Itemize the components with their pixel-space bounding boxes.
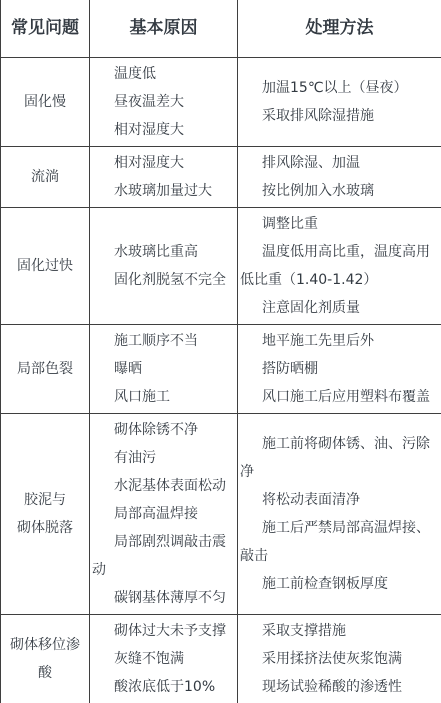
treatments-cell: 排风除湿、加温 按比例加入水玻璃 — [238, 146, 441, 207]
causes-cell: 施工顺序不当 曝晒 风口施工 — [90, 324, 238, 413]
table-row: 局部色裂 施工顺序不当 曝晒 风口施工 地平施工先里后外 搭防晒棚 风口施工后应… — [1, 324, 441, 413]
treatments-cell: 采取支撑措施 采用揉挤法使灰浆饱满 现场试验稀酸的渗透性 — [238, 614, 441, 703]
cause-item: 灰缝不饱满 — [92, 645, 235, 673]
causes-cell: 温度低 昼夜温差大 相对湿度大 — [90, 57, 238, 146]
table-row: 固化慢 温度低 昼夜温差大 相对湿度大 加温15℃以上（昼夜） 采取排风除湿措施 — [1, 57, 441, 146]
treatment-item: 现场试验稀酸的渗透性 — [240, 673, 439, 701]
treatment-item: 调整比重 — [240, 210, 439, 238]
header-basic-cause: 基本原因 — [90, 0, 238, 57]
common-problems-table: 常见问题 基本原因 处理方法 固化慢 温度低 昼夜温差大 相对湿度大 加温15℃… — [0, 0, 441, 703]
treatment-item: 按比例加入水玻璃 — [240, 177, 439, 205]
treatments-cell: 加温15℃以上（昼夜） 采取排风除湿措施 — [238, 57, 441, 146]
treatment-item: 施工后严禁局部高温焊接、敲击 — [240, 514, 439, 570]
treatment-item: 采取排风除湿措施 — [240, 102, 439, 130]
cause-item: 碳钢基体薄厚不匀 — [92, 584, 235, 612]
cause-item: 砌体除锈不净 — [92, 416, 235, 444]
cause-item: 砌体过大未予支撑 — [92, 617, 235, 645]
problem-label: 固化慢 — [1, 57, 90, 146]
treatment-item: 地平施工先里后外 — [240, 327, 439, 355]
cause-item: 相对湿度大 — [92, 149, 235, 177]
cause-item: 相对湿度大 — [92, 116, 235, 144]
cause-item: 温度低 — [92, 60, 235, 88]
treatment-item: 施工前将砌体锈、油、污除净 — [240, 430, 439, 486]
causes-cell: 砌体过大未予支撑 灰缝不饱满 酸浓底低于10% — [90, 614, 238, 703]
treatments-cell: 施工前将砌体锈、油、污除净 将松动表面清净 施工后严禁局部高温焊接、敲击 施工前… — [238, 413, 441, 614]
treatment-item: 加温15℃以上（昼夜） — [240, 74, 439, 102]
cause-item: 有油污 — [92, 444, 235, 472]
header-treatment-method: 处理方法 — [238, 0, 441, 57]
problem-label: 流淌 — [1, 146, 90, 207]
cause-item: 风口施工 — [92, 383, 235, 411]
table-row: 胶泥与 砌体脱落 砌体除锈不净 有油污 水泥基体表面松动 局部高温焊接 局部剧烈… — [1, 413, 441, 614]
cause-item: 昼夜温差大 — [92, 88, 235, 116]
treatment-item: 搭防晒棚 — [240, 355, 439, 383]
treatments-cell: 调整比重 温度低用高比重，温度高用低比重（1.40-1.42） 注意固化剂质量 — [238, 207, 441, 324]
causes-cell: 水玻璃比重高 固化剂脱氢不完全 — [90, 207, 238, 324]
cause-item: 固化剂脱氢不完全 — [92, 266, 235, 294]
treatment-item: 施工前检查钢板厚度 — [240, 570, 439, 598]
treatment-item: 将松动表面清净 — [240, 486, 439, 514]
cause-item: 局部高温焊接 — [92, 500, 235, 528]
causes-cell: 相对湿度大 水玻璃加量过大 — [90, 146, 238, 207]
problem-label: 胶泥与 砌体脱落 — [1, 413, 90, 614]
table-row: 流淌 相对湿度大 水玻璃加量过大 排风除湿、加温 按比例加入水玻璃 — [1, 146, 441, 207]
cause-item: 局部剧烈调敲击震动 — [92, 528, 235, 584]
treatment-item: 风口施工后应用塑料布覆盖 — [240, 383, 439, 411]
cause-item: 水玻璃加量过大 — [92, 177, 235, 205]
table-header-row: 常见问题 基本原因 处理方法 — [1, 0, 441, 57]
cause-item: 水泥基体表面松动 — [92, 472, 235, 500]
treatment-item: 采取支撑措施 — [240, 617, 439, 645]
cause-item: 施工顺序不当 — [92, 327, 235, 355]
treatment-item: 采用揉挤法使灰浆饱满 — [240, 645, 439, 673]
treatment-item: 注意固化剂质量 — [240, 294, 439, 322]
cause-item: 水玻璃比重高 — [92, 238, 235, 266]
problem-label: 固化过快 — [1, 207, 90, 324]
cause-item: 酸浓底低于10% — [92, 673, 235, 701]
problem-label: 砌体移位渗酸 — [1, 614, 90, 703]
treatments-cell: 地平施工先里后外 搭防晒棚 风口施工后应用塑料布覆盖 — [238, 324, 441, 413]
table-row: 砌体移位渗酸 砌体过大未予支撑 灰缝不饱满 酸浓底低于10% 采取支撑措施 采用… — [1, 614, 441, 703]
table-row: 固化过快 水玻璃比重高 固化剂脱氢不完全 调整比重 温度低用高比重，温度高用低比… — [1, 207, 441, 324]
header-common-problem: 常见问题 — [1, 0, 90, 57]
problem-label: 局部色裂 — [1, 324, 90, 413]
causes-cell: 砌体除锈不净 有油污 水泥基体表面松动 局部高温焊接 局部剧烈调敲击震动 碳钢基… — [90, 413, 238, 614]
cause-item: 曝晒 — [92, 355, 235, 383]
treatment-item: 排风除湿、加温 — [240, 149, 439, 177]
treatment-item: 温度低用高比重，温度高用低比重（1.40-1.42） — [240, 238, 439, 294]
